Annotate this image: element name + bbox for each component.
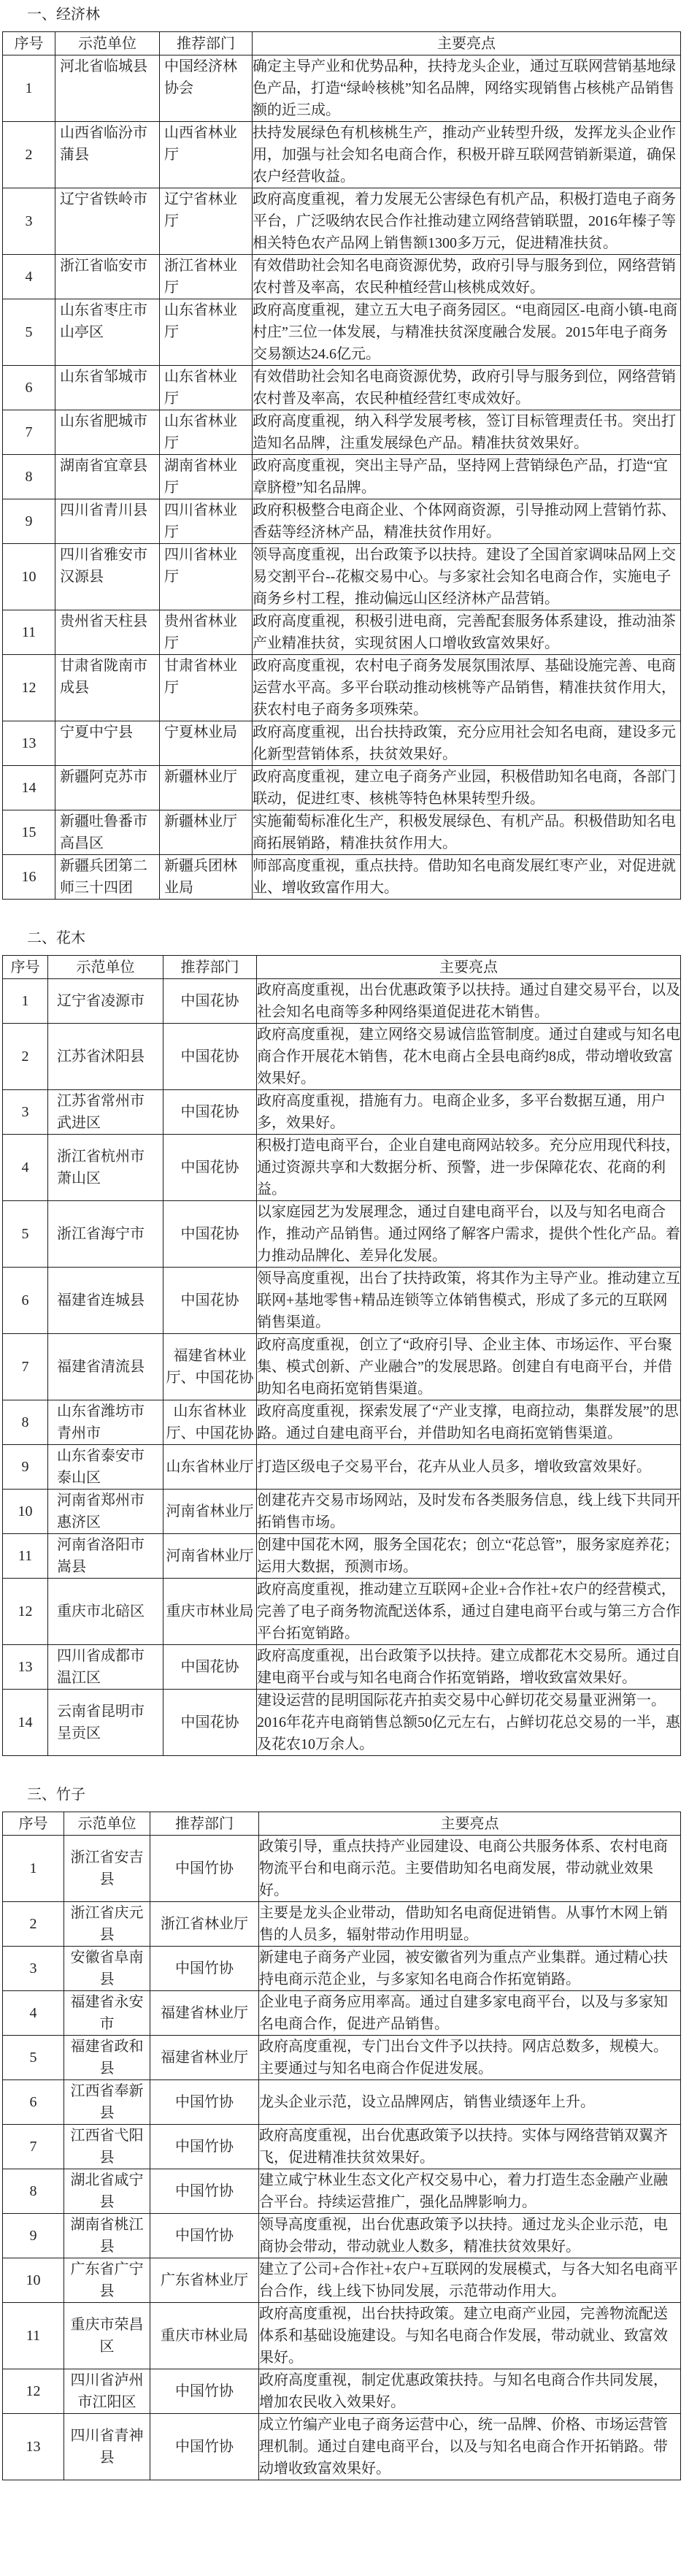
table-row: 7江西省弋阳县中国竹协政府高度重视，出台优惠政策予以扶持。实体与网络营销双翼齐飞… xyxy=(3,2125,681,2169)
unit-cell: 山东省枣庄市山亭区 xyxy=(55,299,160,366)
table-body: 1浙江省安吉县中国竹协政策引导，重点扶持产业园建设、电商公共服务体系、农村电商物… xyxy=(3,1836,681,2480)
unit-cell: 湖南省桃江县 xyxy=(64,2214,150,2258)
dept-cell: 河南省林业厅 xyxy=(163,1534,257,1579)
table-row: 6福建省连城县中国花协领导高度重视，出台了扶持政策，将其作为主导产业。推动建立互… xyxy=(3,1268,681,1334)
highlight-cell: 政府高度重视，推动建立互联网+企业+合作社+农户的经营模式，完善了电子商务物流配… xyxy=(257,1579,681,1645)
highlight-cell: 积极打造电商平台，企业自建电商网站较多。充分应用现代科技，通过资源共享和大数据分… xyxy=(257,1135,681,1201)
section-title: 一、经济林 xyxy=(27,5,689,24)
dept-cell: 中国花协 xyxy=(163,1645,257,1690)
unit-cell: 江西省奉新县 xyxy=(64,2080,150,2125)
no-cell: 8 xyxy=(3,1400,48,1445)
dept-cell: 中国竹协 xyxy=(150,1947,259,1991)
no-cell: 6 xyxy=(3,366,55,410)
highlight-cell: 领导高度重视，出台政策予以扶持。建设了全国首家调味品网上交易交割平台--花椒交易… xyxy=(253,544,681,610)
table-row: 10河南省郑州市惠济区河南省林业厅创建花卉交易市场网站，及时发布各类服务信息，线… xyxy=(3,1490,681,1534)
dept-cell: 山东省林业厅、中国花协 xyxy=(163,1400,257,1445)
unit-cell: 江苏省沭阳县 xyxy=(48,1024,163,1090)
table-body: 1河北省临城县中国经济林协会确定主导产业和优势品种，扶持龙头企业，通过互联网营销… xyxy=(3,55,681,900)
unit-cell: 江西省弋阳县 xyxy=(64,2125,150,2169)
no-cell: 13 xyxy=(3,1645,48,1690)
highlight-cell: 扶持发展绿色有机核桃生产，推动产业转型升级，发挥龙头企业作用，加强与社会知名电商… xyxy=(253,122,681,188)
highlight-cell: 政府高度重视，农村电子商务发展氛围浓厚、基础设施完善、电商运营水平高。多平台联动… xyxy=(253,655,681,721)
table-row: 15新疆吐鲁番市高昌区新疆林业厅实施葡萄标准化生产，积极发展绿色、有机产品。积极… xyxy=(3,810,681,855)
no-cell: 10 xyxy=(3,1490,48,1534)
unit-cell: 湖北省咸宁县 xyxy=(64,2169,150,2214)
no-cell: 2 xyxy=(3,1902,64,1947)
column-header-unit: 示范单位 xyxy=(48,956,163,979)
no-cell: 2 xyxy=(3,1024,48,1090)
table-body: 1辽宁省凌源市中国花协政府高度重视，出台优惠政策予以扶持。通过自建交易平台，以及… xyxy=(3,979,681,1756)
unit-cell: 江苏省常州市武进区 xyxy=(48,1090,163,1135)
section-flowers: 二、花木 序号 示范单位 推荐部门 主要亮点 1辽宁省凌源市中国花协政府高度重视… xyxy=(0,929,689,1756)
highlight-cell: 政府高度重视，出台优惠政策予以扶持。通过自建交易平台，以及社会知名电商等多种网络… xyxy=(257,979,681,1024)
no-cell: 14 xyxy=(3,766,55,810)
dept-cell: 中国竹协 xyxy=(150,1836,259,1902)
unit-cell: 山东省邹城市 xyxy=(55,366,160,410)
dept-cell: 甘肃省林业厅 xyxy=(160,655,253,721)
no-cell: 11 xyxy=(3,1534,48,1579)
table-row: 11河南省洛阳市嵩县河南省林业厅创建中国花木网，服务全国花农；创立“花总管”，服… xyxy=(3,1534,681,1579)
column-header-dept: 推荐部门 xyxy=(163,956,257,979)
table-row: 1辽宁省凌源市中国花协政府高度重视，出台优惠政策予以扶持。通过自建交易平台，以及… xyxy=(3,979,681,1024)
column-header-unit: 示范单位 xyxy=(64,1812,150,1836)
table-row: 12重庆市北碚区重庆市林业局政府高度重视，推动建立互联网+企业+合作社+农户的经… xyxy=(3,1579,681,1645)
highlight-cell: 政府高度重视，探索发展了“产业支撑，电商拉动，集群发展”的思路。通过自建电商平台… xyxy=(257,1400,681,1445)
highlight-cell: 企业电子商务应用率高。通过自建多家电商平台，以及与多家知名电商合作，促进产品销售… xyxy=(259,1991,681,2036)
dept-cell: 广东省林业厅 xyxy=(150,2258,259,2303)
dept-cell: 浙江省林业厅 xyxy=(150,1902,259,1947)
unit-cell: 福建省政和县 xyxy=(64,2036,150,2080)
unit-cell: 四川省雅安市汉源县 xyxy=(55,544,160,610)
highlight-cell: 政府高度重视，积极引进电商，完善配套服务体系建设，推动油茶产业精准扶贫，实现贫困… xyxy=(253,610,681,655)
highlight-cell: 政府高度重视，出台扶持政策。建立电商产业园，完善物流配送体系和基础设施建设。与知… xyxy=(259,2303,681,2369)
dept-cell: 浙江省林业厅 xyxy=(160,255,253,299)
dept-cell: 新疆林业厅 xyxy=(160,766,253,810)
no-cell: 8 xyxy=(3,455,55,499)
dept-cell: 中国竹协 xyxy=(150,2414,259,2480)
highlight-cell: 政府高度重视，建立五大电子商务园区。“电商园区-电商小镇-电商村庄”三位一体发展… xyxy=(253,299,681,366)
unit-cell: 浙江省庆元县 xyxy=(64,1902,150,1947)
table-row: 10广东省广宁县广东省林业厅建立了公司+合作社+农户+互联网的发展模式，与各大知… xyxy=(3,2258,681,2303)
dept-cell: 湖南省林业厅 xyxy=(160,455,253,499)
unit-cell: 四川省成都市温江区 xyxy=(48,1645,163,1690)
table-row: 9四川省青川县四川省林业厅政府积极整合电商企业、个体网商资源，引导推动网上营销竹… xyxy=(3,499,681,544)
highlight-cell: 政府高度重视，着力发展无公害绿色有机产品，积极打造电子商务平台，广泛吸纳农民合作… xyxy=(253,188,681,255)
unit-cell: 四川省泸州市江阳区 xyxy=(64,2369,150,2414)
dept-cell: 中国花协 xyxy=(163,979,257,1024)
table-row: 4浙江省杭州市萧山区中国花协积极打造电商平台，企业自建电商网站较多。充分应用现代… xyxy=(3,1135,681,1201)
dept-cell: 山东省林业厅 xyxy=(160,410,253,455)
table-row: 2浙江省庆元县浙江省林业厅主要是龙头企业带动，借助知名电商促进销售。从事竹木网上… xyxy=(3,1902,681,1947)
unit-cell: 浙江省临安市 xyxy=(55,255,160,299)
unit-cell: 福建省永安市 xyxy=(64,1991,150,2036)
highlight-cell: 建立了公司+合作社+农户+互联网的发展模式，与各大知名电商平台合作，线上线下协同… xyxy=(259,2258,681,2303)
dept-cell: 河南省林业厅 xyxy=(163,1490,257,1534)
unit-cell: 河南省洛阳市嵩县 xyxy=(48,1534,163,1579)
highlight-cell: 政府高度重视，创立了“政府引导、企业主体、市场运作、平台聚集、模式创新、产业融合… xyxy=(257,1334,681,1400)
highlight-cell: 打造区级电子交易平台，花卉从业人员多，增收致富效果好。 xyxy=(257,1445,681,1490)
unit-cell: 新疆吐鲁番市高昌区 xyxy=(55,810,160,855)
no-cell: 3 xyxy=(3,188,55,255)
dept-cell: 贵州省林业厅 xyxy=(160,610,253,655)
table-row: 4福建省永安市福建省林业厅企业电子商务应用率高。通过自建多家电商平台，以及与多家… xyxy=(3,1991,681,2036)
header-row: 序号 示范单位 推荐部门 主要亮点 xyxy=(3,32,681,55)
dept-cell: 福建省林业厅 xyxy=(150,1991,259,2036)
table-row: 3安徽省阜南县中国竹协新建电子商务产业园，被安徽省列为重点产业集群。通过精心扶持… xyxy=(3,1947,681,1991)
table-row: 11重庆市荣昌区重庆市林业局政府高度重视，出台扶持政策。建立电商产业园，完善物流… xyxy=(3,2303,681,2369)
unit-cell: 安徽省阜南县 xyxy=(64,1947,150,1991)
table-row: 6江西省奉新县中国竹协龙头企业示范，设立品牌网店，销售业绩逐年上升。 xyxy=(3,2080,681,2125)
column-header-no: 序号 xyxy=(3,32,55,55)
table-row: 3江苏省常州市武进区中国花协政府高度重视，措施有力。电商企业多，多平台数据互通，… xyxy=(3,1090,681,1135)
dept-cell: 福建省林业厅 xyxy=(150,2036,259,2080)
table-row: 3辽宁省铁岭市辽宁省林业厅政府高度重视，着力发展无公害绿色有机产品，积极打造电子… xyxy=(3,188,681,255)
column-header-dept: 推荐部门 xyxy=(160,32,253,55)
no-cell: 7 xyxy=(3,2125,64,2169)
no-cell: 9 xyxy=(3,1445,48,1490)
highlight-cell: 政府高度重视，纳入科学发展考核，签订目标管理责任书。突出打造知名品牌，注重发展绿… xyxy=(253,410,681,455)
table-row: 8湖北省咸宁县中国竹协建立咸宁林业生态文化产权交易中心，着力打造生态金融产业融合… xyxy=(3,2169,681,2214)
table-row: 5浙江省海宁市中国花协以家庭园艺为发展理念，通过自建电商平台，以及与知名电商合作… xyxy=(3,1201,681,1268)
dept-cell: 辽宁省林业厅 xyxy=(160,188,253,255)
highlight-cell: 政府高度重视，措施有力。电商企业多，多平台数据互通，用户多，效果好。 xyxy=(257,1090,681,1135)
no-cell: 13 xyxy=(3,2414,64,2480)
unit-cell: 福建省清流县 xyxy=(48,1334,163,1400)
no-cell: 7 xyxy=(3,410,55,455)
table-row: 9湖南省桃江县中国竹协领导高度重视，出台优惠政策予以扶持。通过龙头企业示范，电商… xyxy=(3,2214,681,2258)
no-cell: 15 xyxy=(3,810,55,855)
economic-forest-table: 序号 示范单位 推荐部门 主要亮点 1河北省临城县中国经济林协会确定主导产业和优… xyxy=(2,31,681,900)
section-economic-forest: 一、经济林 序号 示范单位 推荐部门 主要亮点 1河北省临城县中国经济林协会确定… xyxy=(0,5,689,900)
highlight-cell: 创建中国花木网，服务全国花农；创立“花总管”，服务家庭养花；运用大数据，预测市场… xyxy=(257,1534,681,1579)
dept-cell: 中国花协 xyxy=(163,1690,257,1756)
no-cell: 10 xyxy=(3,544,55,610)
dept-cell: 山东省林业厅 xyxy=(163,1445,257,1490)
highlight-cell: 政府高度重视，出台优惠政策予以扶持。实体与网络营销双翼齐飞，促进精准扶贫效果好。 xyxy=(259,2125,681,2169)
table-row: 8湖南省宜章县湖南省林业厅政府高度重视，突出主导产品，坚持网上营销绿色产品，打造… xyxy=(3,455,681,499)
no-cell: 12 xyxy=(3,2369,64,2414)
dept-cell: 重庆市林业局 xyxy=(150,2303,259,2369)
flowers-table: 序号 示范单位 推荐部门 主要亮点 1辽宁省凌源市中国花协政府高度重视，出台优惠… xyxy=(2,955,681,1756)
no-cell: 7 xyxy=(3,1334,48,1400)
unit-cell: 福建省连城县 xyxy=(48,1268,163,1334)
dept-cell: 山西省林业厅 xyxy=(160,122,253,188)
dept-cell: 中国竹协 xyxy=(150,2369,259,2414)
table-row: 13宁夏中宁县宁夏林业局政府高度重视，出台扶持政策，充分应用社会知名电商，建设多… xyxy=(3,721,681,766)
dept-cell: 中国花协 xyxy=(163,1268,257,1334)
section-bamboo: 三、竹子 序号 示范单位 推荐部门 主要亮点 1浙江省安吉县中国竹协政策引导，重… xyxy=(0,1785,689,2480)
highlight-cell: 政府高度重视，出台扶持政策，充分应用社会知名电商，建设多元化新型营销体系，扶贫效… xyxy=(253,721,681,766)
unit-cell: 新疆兵团第二师三十四团 xyxy=(55,855,160,900)
dept-cell: 四川省林业厅 xyxy=(160,544,253,610)
dept-cell: 中国竹协 xyxy=(150,2080,259,2125)
dept-cell: 中国花协 xyxy=(163,1090,257,1135)
unit-cell: 辽宁省铁岭市 xyxy=(55,188,160,255)
table-row: 2山西省临汾市蒲县山西省林业厅扶持发展绿色有机核桃生产，推动产业转型升级，发挥龙… xyxy=(3,122,681,188)
unit-cell: 浙江省安吉县 xyxy=(64,1836,150,1902)
column-header-no: 序号 xyxy=(3,1812,64,1836)
dept-cell: 中国花协 xyxy=(163,1201,257,1268)
header-row: 序号 示范单位 推荐部门 主要亮点 xyxy=(3,956,681,979)
no-cell: 1 xyxy=(3,979,48,1024)
column-header-unit: 示范单位 xyxy=(55,32,160,55)
dept-cell: 山东省林业厅 xyxy=(160,299,253,366)
no-cell: 1 xyxy=(3,1836,64,1902)
highlight-cell: 政府高度重视，制定优惠政策扶持。与知名电商合作共同发展，增加农民收入效果好。 xyxy=(259,2369,681,2414)
table-row: 14新疆阿克苏市新疆林业厅政府高度重视，建立电子商务产业园，积极借助知名电商，各… xyxy=(3,766,681,810)
table-header: 序号 示范单位 推荐部门 主要亮点 xyxy=(3,1812,681,1836)
bamboo-table: 序号 示范单位 推荐部门 主要亮点 1浙江省安吉县中国竹协政策引导，重点扶持产业… xyxy=(2,1812,681,2480)
highlight-cell: 领导高度重视，出台了扶持政策，将其作为主导产业。推动建立互联网+基地零售+精品连… xyxy=(257,1268,681,1334)
highlight-cell: 以家庭园艺为发展理念，通过自建电商平台，以及与知名电商合作，推动产品销售。通过网… xyxy=(257,1201,681,1268)
header-row: 序号 示范单位 推荐部门 主要亮点 xyxy=(3,1812,681,1836)
unit-cell: 山西省临汾市蒲县 xyxy=(55,122,160,188)
dept-cell: 宁夏林业局 xyxy=(160,721,253,766)
dept-cell: 福建省林业厅、中国花协 xyxy=(163,1334,257,1400)
no-cell: 6 xyxy=(3,1268,48,1334)
unit-cell: 贵州省天柱县 xyxy=(55,610,160,655)
highlight-cell: 确定主导产业和优势品种，扶持龙头企业，通过互联网营销基地绿色产品，打造“绿岭核桃… xyxy=(253,55,681,122)
no-cell: 6 xyxy=(3,2080,64,2125)
no-cell: 4 xyxy=(3,1135,48,1201)
no-cell: 9 xyxy=(3,2214,64,2258)
dept-cell: 新疆兵团林业局 xyxy=(160,855,253,900)
no-cell: 14 xyxy=(3,1690,48,1756)
table-row: 4浙江省临安市浙江省林业厅有效借助社会知名电商资源优势，政府引导与服务到位，网络… xyxy=(3,255,681,299)
unit-cell: 浙江省海宁市 xyxy=(48,1201,163,1268)
no-cell: 16 xyxy=(3,855,55,900)
no-cell: 4 xyxy=(3,255,55,299)
dept-cell: 中国竹协 xyxy=(150,2214,259,2258)
highlight-cell: 新建电子商务产业园，被安徽省列为重点产业集群。通过精心扶持电商示范企业，与多家知… xyxy=(259,1947,681,1991)
highlight-cell: 政府积极整合电商企业、个体网商资源，引导推动网上营销竹荪、香菇等经济林产品，精准… xyxy=(253,499,681,544)
no-cell: 13 xyxy=(3,721,55,766)
unit-cell: 浙江省杭州市萧山区 xyxy=(48,1135,163,1201)
unit-cell: 云南省昆明市呈贡区 xyxy=(48,1690,163,1756)
unit-cell: 新疆阿克苏市 xyxy=(55,766,160,810)
dept-cell: 中国经济林协会 xyxy=(160,55,253,122)
dept-cell: 四川省林业厅 xyxy=(160,499,253,544)
table-row: 5山东省枣庄市山亭区山东省林业厅政府高度重视，建立五大电子商务园区。“电商园区-… xyxy=(3,299,681,366)
no-cell: 8 xyxy=(3,2169,64,2214)
unit-cell: 广东省广宁县 xyxy=(64,2258,150,2303)
document-page: 一、经济林 序号 示范单位 推荐部门 主要亮点 1河北省临城县中国经济林协会确定… xyxy=(0,0,689,2480)
dept-cell: 新疆林业厅 xyxy=(160,810,253,855)
unit-cell: 四川省青川县 xyxy=(55,499,160,544)
no-cell: 11 xyxy=(3,610,55,655)
no-cell: 5 xyxy=(3,1201,48,1268)
highlight-cell: 创建花卉交易市场网站，及时发布各类服务信息，线上线下共同开拓销售市场。 xyxy=(257,1490,681,1534)
column-header-dept: 推荐部门 xyxy=(150,1812,259,1836)
highlight-cell: 政府高度重视，建立网络交易诚信监管制度。通过自建或与知名电商合作开展花木销售，花… xyxy=(257,1024,681,1090)
highlight-cell: 实施葡萄标准化生产，积极发展绿色、有机产品。积极借助知名电商拓展销路，精准扶贫作… xyxy=(253,810,681,855)
unit-cell: 四川省青神县 xyxy=(64,2414,150,2480)
column-header-no: 序号 xyxy=(3,956,48,979)
table-header: 序号 示范单位 推荐部门 主要亮点 xyxy=(3,32,681,55)
unit-cell: 宁夏中宁县 xyxy=(55,721,160,766)
no-cell: 1 xyxy=(3,55,55,122)
unit-cell: 山东省肥城市 xyxy=(55,410,160,455)
no-cell: 2 xyxy=(3,122,55,188)
highlight-cell: 有效借助社会知名电商资源优势，政府引导与服务到位，网络营销农村普及率高，农民种植… xyxy=(253,366,681,410)
unit-cell: 重庆市荣昌区 xyxy=(64,2303,150,2369)
unit-cell: 河北省临城县 xyxy=(55,55,160,122)
column-header-highlight: 主要亮点 xyxy=(259,1812,681,1836)
unit-cell: 辽宁省凌源市 xyxy=(48,979,163,1024)
highlight-cell: 政府高度重视，专门出台文件予以扶持。网店总数多，规模大。主要通过与知名电商合作促… xyxy=(259,2036,681,2080)
table-row: 14云南省昆明市呈贡区中国花协建设运营的昆明国际花卉拍卖交易中心鲜切花交易量亚洲… xyxy=(3,1690,681,1756)
no-cell: 5 xyxy=(3,2036,64,2080)
unit-cell: 甘肃省陇南市成县 xyxy=(55,655,160,721)
table-row: 1浙江省安吉县中国竹协政策引导，重点扶持产业园建设、电商公共服务体系、农村电商物… xyxy=(3,1836,681,1902)
dept-cell: 中国花协 xyxy=(163,1024,257,1090)
highlight-cell: 主要是龙头企业带动，借助知名电商促进销售。从事竹木网上销售的人员多，辐射带动作用… xyxy=(259,1902,681,1947)
table-row: 6山东省邹城市山东省林业厅有效借助社会知名电商资源优势，政府引导与服务到位，网络… xyxy=(3,366,681,410)
dept-cell: 中国花协 xyxy=(163,1135,257,1201)
no-cell: 5 xyxy=(3,299,55,366)
unit-cell: 山东省潍坊市青州市 xyxy=(48,1400,163,1445)
table-row: 5福建省政和县福建省林业厅政府高度重视，专门出台文件予以扶持。网店总数多，规模大… xyxy=(3,2036,681,2080)
table-row: 10四川省雅安市汉源县四川省林业厅领导高度重视，出台政策予以扶持。建设了全国首家… xyxy=(3,544,681,610)
dept-cell: 山东省林业厅 xyxy=(160,366,253,410)
unit-cell: 重庆市北碚区 xyxy=(48,1579,163,1645)
table-row: 13四川省青神县中国竹协成立竹编产业电子商务运营中心，统一品牌、价格、市场运营管… xyxy=(3,2414,681,2480)
dept-cell: 中国竹协 xyxy=(150,2169,259,2214)
table-row: 7福建省清流县福建省林业厅、中国花协政府高度重视，创立了“政府引导、企业主体、市… xyxy=(3,1334,681,1400)
dept-cell: 重庆市林业局 xyxy=(163,1579,257,1645)
column-header-highlight: 主要亮点 xyxy=(253,32,681,55)
column-header-highlight: 主要亮点 xyxy=(257,956,681,979)
no-cell: 3 xyxy=(3,1090,48,1135)
no-cell: 4 xyxy=(3,1991,64,2036)
dept-cell: 中国竹协 xyxy=(150,2125,259,2169)
highlight-cell: 龙头企业示范，设立品牌网店，销售业绩逐年上升。 xyxy=(259,2080,681,2125)
no-cell: 10 xyxy=(3,2258,64,2303)
table-row: 7山东省肥城市山东省林业厅政府高度重视，纳入科学发展考核，签订目标管理责任书。突… xyxy=(3,410,681,455)
no-cell: 11 xyxy=(3,2303,64,2369)
table-header: 序号 示范单位 推荐部门 主要亮点 xyxy=(3,956,681,979)
no-cell: 12 xyxy=(3,655,55,721)
table-row: 12甘肃省陇南市成县甘肃省林业厅政府高度重视，农村电子商务发展氛围浓厚、基础设施… xyxy=(3,655,681,721)
unit-cell: 河南省郑州市惠济区 xyxy=(48,1490,163,1534)
highlight-cell: 领导高度重视，出台优惠政策予以扶持。通过龙头企业示范，电商协会带动，带动就业人数… xyxy=(259,2214,681,2258)
highlight-cell: 政策引导，重点扶持产业园建设、电商公共服务体系、农村电商物流平台和电商示范。主要… xyxy=(259,1836,681,1902)
table-row: 12四川省泸州市江阳区中国竹协政府高度重视，制定优惠政策扶持。与知名电商合作共同… xyxy=(3,2369,681,2414)
table-row: 1河北省临城县中国经济林协会确定主导产业和优势品种，扶持龙头企业，通过互联网营销… xyxy=(3,55,681,122)
no-cell: 3 xyxy=(3,1947,64,1991)
highlight-cell: 政府高度重视，突出主导产品，坚持网上营销绿色产品，打造“宜章脐橙”知名品牌。 xyxy=(253,455,681,499)
highlight-cell: 政府高度重视，出台政策予以扶持。建立成都花木交易所。通过自建电商平台或与知名电商… xyxy=(257,1645,681,1690)
table-row: 9山东省泰安市泰山区山东省林业厅打造区级电子交易平台，花卉从业人员多，增收致富效… xyxy=(3,1445,681,1490)
table-row: 11贵州省天柱县贵州省林业厅政府高度重视，积极引进电商，完善配套服务体系建设，推… xyxy=(3,610,681,655)
unit-cell: 湖南省宜章县 xyxy=(55,455,160,499)
highlight-cell: 有效借助社会知名电商资源优势，政府引导与服务到位，网络营销农村普及率高，农民种植… xyxy=(253,255,681,299)
section-title: 二、花木 xyxy=(27,929,689,948)
highlight-cell: 政府高度重视，建立电子商务产业园，积极借助知名电商，各部门联动，促进红枣、核桃等… xyxy=(253,766,681,810)
table-row: 2江苏省沭阳县中国花协政府高度重视，建立网络交易诚信监管制度。通过自建或与知名电… xyxy=(3,1024,681,1090)
highlight-cell: 建立咸宁林业生态文化产权交易中心，着力打造生态金融产业融合平台。持续运营推广，强… xyxy=(259,2169,681,2214)
section-title: 三、竹子 xyxy=(27,1785,689,1804)
unit-cell: 山东省泰安市泰山区 xyxy=(48,1445,163,1490)
table-row: 8山东省潍坊市青州市山东省林业厅、中国花协政府高度重视，探索发展了“产业支撑，电… xyxy=(3,1400,681,1445)
highlight-cell: 建设运营的昆明国际花卉拍卖交易中心鲜切花交易量亚洲第一。2016年花卉电商销售总… xyxy=(257,1690,681,1756)
highlight-cell: 师部高度重视，重点扶持。借助知名电商发展红枣产业，对促进就业、增收致富作用大。 xyxy=(253,855,681,900)
table-row: 13四川省成都市温江区中国花协政府高度重视，出台政策予以扶持。建立成都花木交易所… xyxy=(3,1645,681,1690)
no-cell: 9 xyxy=(3,499,55,544)
no-cell: 12 xyxy=(3,1579,48,1645)
highlight-cell: 成立竹编产业电子商务运营中心，统一品牌、价格、市场运营管理机制。通过自建电商平台… xyxy=(259,2414,681,2480)
table-row: 16新疆兵团第二师三十四团新疆兵团林业局师部高度重视，重点扶持。借助知名电商发展… xyxy=(3,855,681,900)
